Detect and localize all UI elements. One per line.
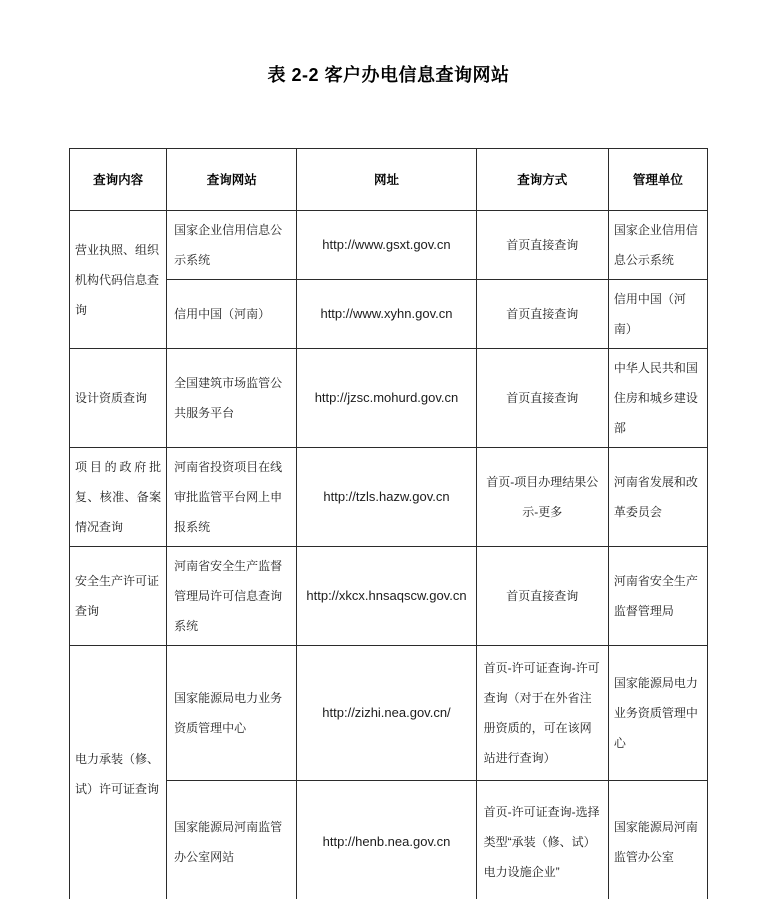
cell-url: http://tzls.hazw.gov.cn <box>297 448 476 547</box>
query-websites-table: 查询内容 查询网站 网址 查询方式 管理单位 营业执照、组织机构代码信息查询 国… <box>69 148 708 899</box>
cell-query-method: 首页直接查询 <box>476 547 608 646</box>
header-admin-unit: 管理单位 <box>608 149 707 211</box>
cell-admin-unit: 国家能源局河南监管办公室 <box>608 781 707 899</box>
table-row: 项目的政府批复、核准、备案情况查询 河南省投资项目在线审批监管平台网上申报系统 … <box>70 448 708 547</box>
document-page: 表 2-2 客户办电信息查询网站 查询内容 查询网站 网址 查询方式 管理单位 … <box>0 0 777 899</box>
cell-site-name: 国家能源局河南监管办公室网站 <box>167 781 297 899</box>
cell-site-name: 国家企业信用信息公示系统 <box>167 211 297 280</box>
cell-url: http://www.xyhn.gov.cn <box>297 280 476 349</box>
cell-query-content: 项目的政府批复、核准、备案情况查询 <box>70 448 167 547</box>
cell-site-name: 信用中国（河南） <box>167 280 297 349</box>
cell-url: http://jzsc.mohurd.gov.cn <box>297 349 476 448</box>
cell-query-method: 首页-项目办理结果公示-更多 <box>476 448 608 547</box>
cell-url: http://xkcx.hnsaqscw.gov.cn <box>297 547 476 646</box>
cell-site-name: 河南省投资项目在线审批监管平台网上申报系统 <box>167 448 297 547</box>
header-query-content: 查询内容 <box>70 149 167 211</box>
page-title: 表 2-2 客户办电信息查询网站 <box>0 0 777 88</box>
cell-query-method: 首页直接查询 <box>476 211 608 280</box>
cell-query-method: 首页-许可证查询-许可查询（对于在外省注册资质的，可在该网站进行查询） <box>476 646 608 781</box>
table-row: 营业执照、组织机构代码信息查询 国家企业信用信息公示系统 http://www.… <box>70 211 708 280</box>
cell-query-content: 营业执照、组织机构代码信息查询 <box>70 211 167 349</box>
cell-admin-unit: 河南省发展和改革委员会 <box>608 448 707 547</box>
cell-query-method: 首页-许可证查询-选择类型“承装（修、试）电力设施企业” <box>476 781 608 899</box>
table-row: 安全生产许可证查询 河南省安全生产监督管理局许可信息查询系统 http://xk… <box>70 547 708 646</box>
cell-url: http://www.gsxt.gov.cn <box>297 211 476 280</box>
table-row: 设计资质查询 全国建筑市场监管公共服务平台 http://jzsc.mohurd… <box>70 349 708 448</box>
cell-query-content: 安全生产许可证查询 <box>70 547 167 646</box>
cell-site-name: 全国建筑市场监管公共服务平台 <box>167 349 297 448</box>
table-row: 电力承装（修、试）许可证查询 国家能源局电力业务资质管理中心 http://zi… <box>70 646 708 781</box>
cell-admin-unit: 河南省安全生产监督管理局 <box>608 547 707 646</box>
header-url: 网址 <box>297 149 476 211</box>
cell-query-method: 首页直接查询 <box>476 349 608 448</box>
cell-url: http://zizhi.nea.gov.cn/ <box>297 646 476 781</box>
cell-admin-unit: 信用中国（河南） <box>608 280 707 349</box>
table-header-row: 查询内容 查询网站 网址 查询方式 管理单位 <box>70 149 708 211</box>
cell-admin-unit: 国家能源局电力业务资质管理中心 <box>608 646 707 781</box>
cell-query-content: 电力承装（修、试）许可证查询 <box>70 646 167 899</box>
cell-url: http://henb.nea.gov.cn <box>297 781 476 899</box>
cell-admin-unit: 中华人民共和国住房和城乡建设部 <box>608 349 707 448</box>
cell-site-name: 河南省安全生产监督管理局许可信息查询系统 <box>167 547 297 646</box>
header-query-method: 查询方式 <box>476 149 608 211</box>
cell-admin-unit: 国家企业信用信息公示系统 <box>608 211 707 280</box>
cell-site-name: 国家能源局电力业务资质管理中心 <box>167 646 297 781</box>
header-query-website: 查询网站 <box>167 149 297 211</box>
cell-query-content: 设计资质查询 <box>70 349 167 448</box>
cell-query-method: 首页直接查询 <box>476 280 608 349</box>
